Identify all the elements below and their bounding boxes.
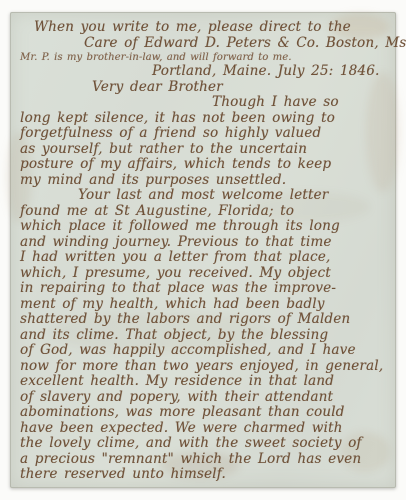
letter-line: Your last and most welcome letter xyxy=(20,188,390,204)
direction-note-line-1: When you write to me, please direct to t… xyxy=(20,20,390,36)
letter-line: my mind and its purposes unsettled. xyxy=(20,173,390,189)
scan-background: When you write to me, please direct to t… xyxy=(0,0,406,500)
letter-line: forgetfulness of a friend so highly valu… xyxy=(20,126,390,142)
letter-line: in repairing to that place was the impro… xyxy=(20,281,390,297)
letter-line: found me at St Augustine, Florida; to xyxy=(20,204,390,220)
letter-line: the lovely clime, and with the sweet soc… xyxy=(20,436,390,452)
letter-line: there reserved unto himself. xyxy=(20,467,390,483)
letter-line: a precious "remnant" which the Lord has … xyxy=(20,452,390,468)
letter-text: When you write to me, please direct to t… xyxy=(20,20,390,484)
letter-line: of God, was happily accomplished, and I … xyxy=(20,343,390,359)
letter-line: excellent health. My residence in that l… xyxy=(20,374,390,390)
salutation: Very dear Brother xyxy=(20,80,390,96)
letter-line: shattered by the labors and rigors of Ma… xyxy=(20,312,390,328)
letter-page: When you write to me, please direct to t… xyxy=(10,12,396,488)
letter-line: and its clime. That object, by the bless… xyxy=(20,328,390,344)
letter-line: of slavery and popery, with their attend… xyxy=(20,390,390,406)
letter-line: now for more than two years enjoyed, in … xyxy=(20,359,390,375)
direction-note-line-2: Care of Edward D. Peters & Co. Boston, M… xyxy=(20,36,390,52)
letter-line: abominations, was more pleasant than cou… xyxy=(20,405,390,421)
letter-line: and winding journey. Previous to that ti… xyxy=(20,235,390,251)
letter-line: as yourself, but rather to the uncertain xyxy=(20,142,390,158)
letter-line: I had written you a letter from that pla… xyxy=(20,250,390,266)
letter-line: Though I have so xyxy=(20,95,390,111)
letter-line: ment of my health, which had been badly xyxy=(20,297,390,313)
letter-line: which, I presume, you received. My objec… xyxy=(20,266,390,282)
letter-line: posture of my affairs, which tends to ke… xyxy=(20,157,390,173)
letter-line: have been expected. We were charmed with xyxy=(20,421,390,437)
dateline: Portland, Maine. July 25: 1846. xyxy=(20,64,390,80)
letter-line: long kept silence, it has not been owing… xyxy=(20,111,390,127)
letter-line: which place it followed me through its l… xyxy=(20,219,390,235)
